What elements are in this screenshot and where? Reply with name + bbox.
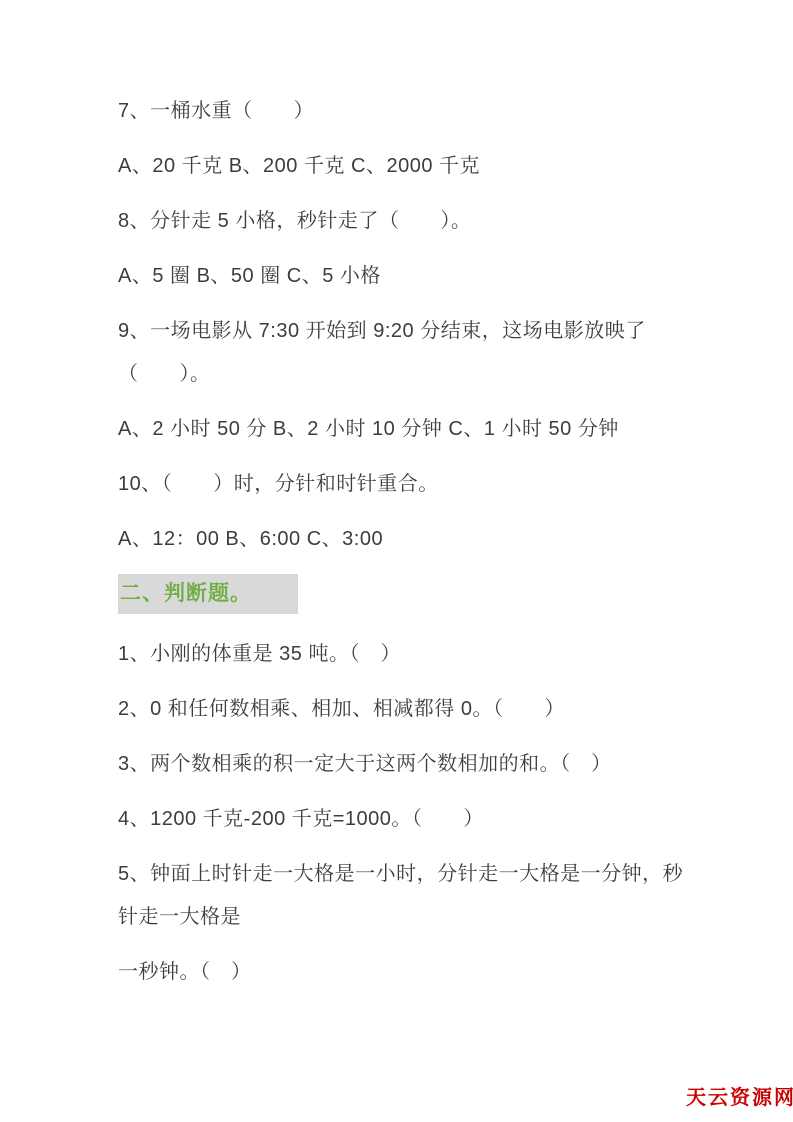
question-7-stem: 7、一桶水重（ ） [118,90,703,133]
section-2-header: 二、判断题。 [118,573,703,616]
judge-item-2: 2、0 和任何数相乘、相加、相减都得 0。（ ） [118,688,703,731]
section-2-header-label: 二、判断题。 [118,574,298,614]
document-content: 7、一桶水重（ ） A、20 千克 B、200 千克 C、2000 千克 8、分… [118,90,703,1006]
judge-item-1-text: 1、小刚的体重是 35 吨。（ ） [118,633,703,676]
judge-item-4-text: 4、1200 千克-200 千克=1000。（ ） [118,798,703,841]
judge-item-5-continuation: 一秒钟。（ ） [118,951,703,994]
question-8-options-text: A、5 圈 B、50 圈 C、5 小格 [118,255,703,298]
question-8-text: 8、分针走 5 小格，秒针走了（ ）。 [118,200,703,243]
judge-item-2-text: 2、0 和任何数相乘、相加、相减都得 0。（ ） [118,688,703,731]
judge-item-5: 5、钟面上时针走一大格是一小时，分针走一大格是一分钟，秒 针走一大格是 [118,853,703,939]
judge-item-5-continuation-text: 一秒钟。（ ） [118,951,703,994]
question-8-options: A、5 圈 B、50 圈 C、5 小格 [118,255,703,298]
question-10-options-text: A、12：00 B、6:00 C、3:00 [118,518,703,561]
judge-item-5-text-line-1: 5、钟面上时针走一大格是一小时，分针走一大格是一分钟，秒 [118,853,703,896]
judge-item-1: 1、小刚的体重是 35 吨。（ ） [118,633,703,676]
judge-item-3-text: 3、两个数相乘的积一定大于这两个数相加的和。（ ） [118,743,703,786]
question-9-options: A、2 小时 50 分 B、2 小时 10 分钟 C、1 小时 50 分钟 [118,408,703,451]
question-7-text: 7、一桶水重（ ） [118,90,703,133]
judge-item-5-text-line-2: 针走一大格是 [118,896,703,939]
worksheet-page: { "page": { "background": "#ffffff", "te… [0,0,793,1122]
question-10-options: A、12：00 B、6:00 C、3:00 [118,518,703,561]
question-9-stem: 9、一场电影从 7:30 开始到 9:20 分结束，这场电影放映了 （ ）。 [118,310,703,396]
question-10-text: 10、（ ）时，分针和时针重合。 [118,463,703,506]
question-7-options: A、20 千克 B、200 千克 C、2000 千克 [118,145,703,188]
judge-item-3: 3、两个数相乘的积一定大于这两个数相加的和。（ ） [118,743,703,786]
question-9-options-text: A、2 小时 50 分 B、2 小时 10 分钟 C、1 小时 50 分钟 [118,408,703,451]
question-7-options-text: A、20 千克 B、200 千克 C、2000 千克 [118,145,703,188]
question-9-text-line-2: （ ）。 [118,353,703,396]
question-8-stem: 8、分针走 5 小格，秒针走了（ ）。 [118,200,703,243]
watermark: 天云资源网 [686,1081,793,1110]
judge-item-4: 4、1200 千克-200 千克=1000。（ ） [118,798,703,841]
question-9-text-line-1: 9、一场电影从 7:30 开始到 9:20 分结束，这场电影放映了 [118,310,703,353]
question-10-stem: 10、（ ）时，分针和时针重合。 [118,463,703,506]
